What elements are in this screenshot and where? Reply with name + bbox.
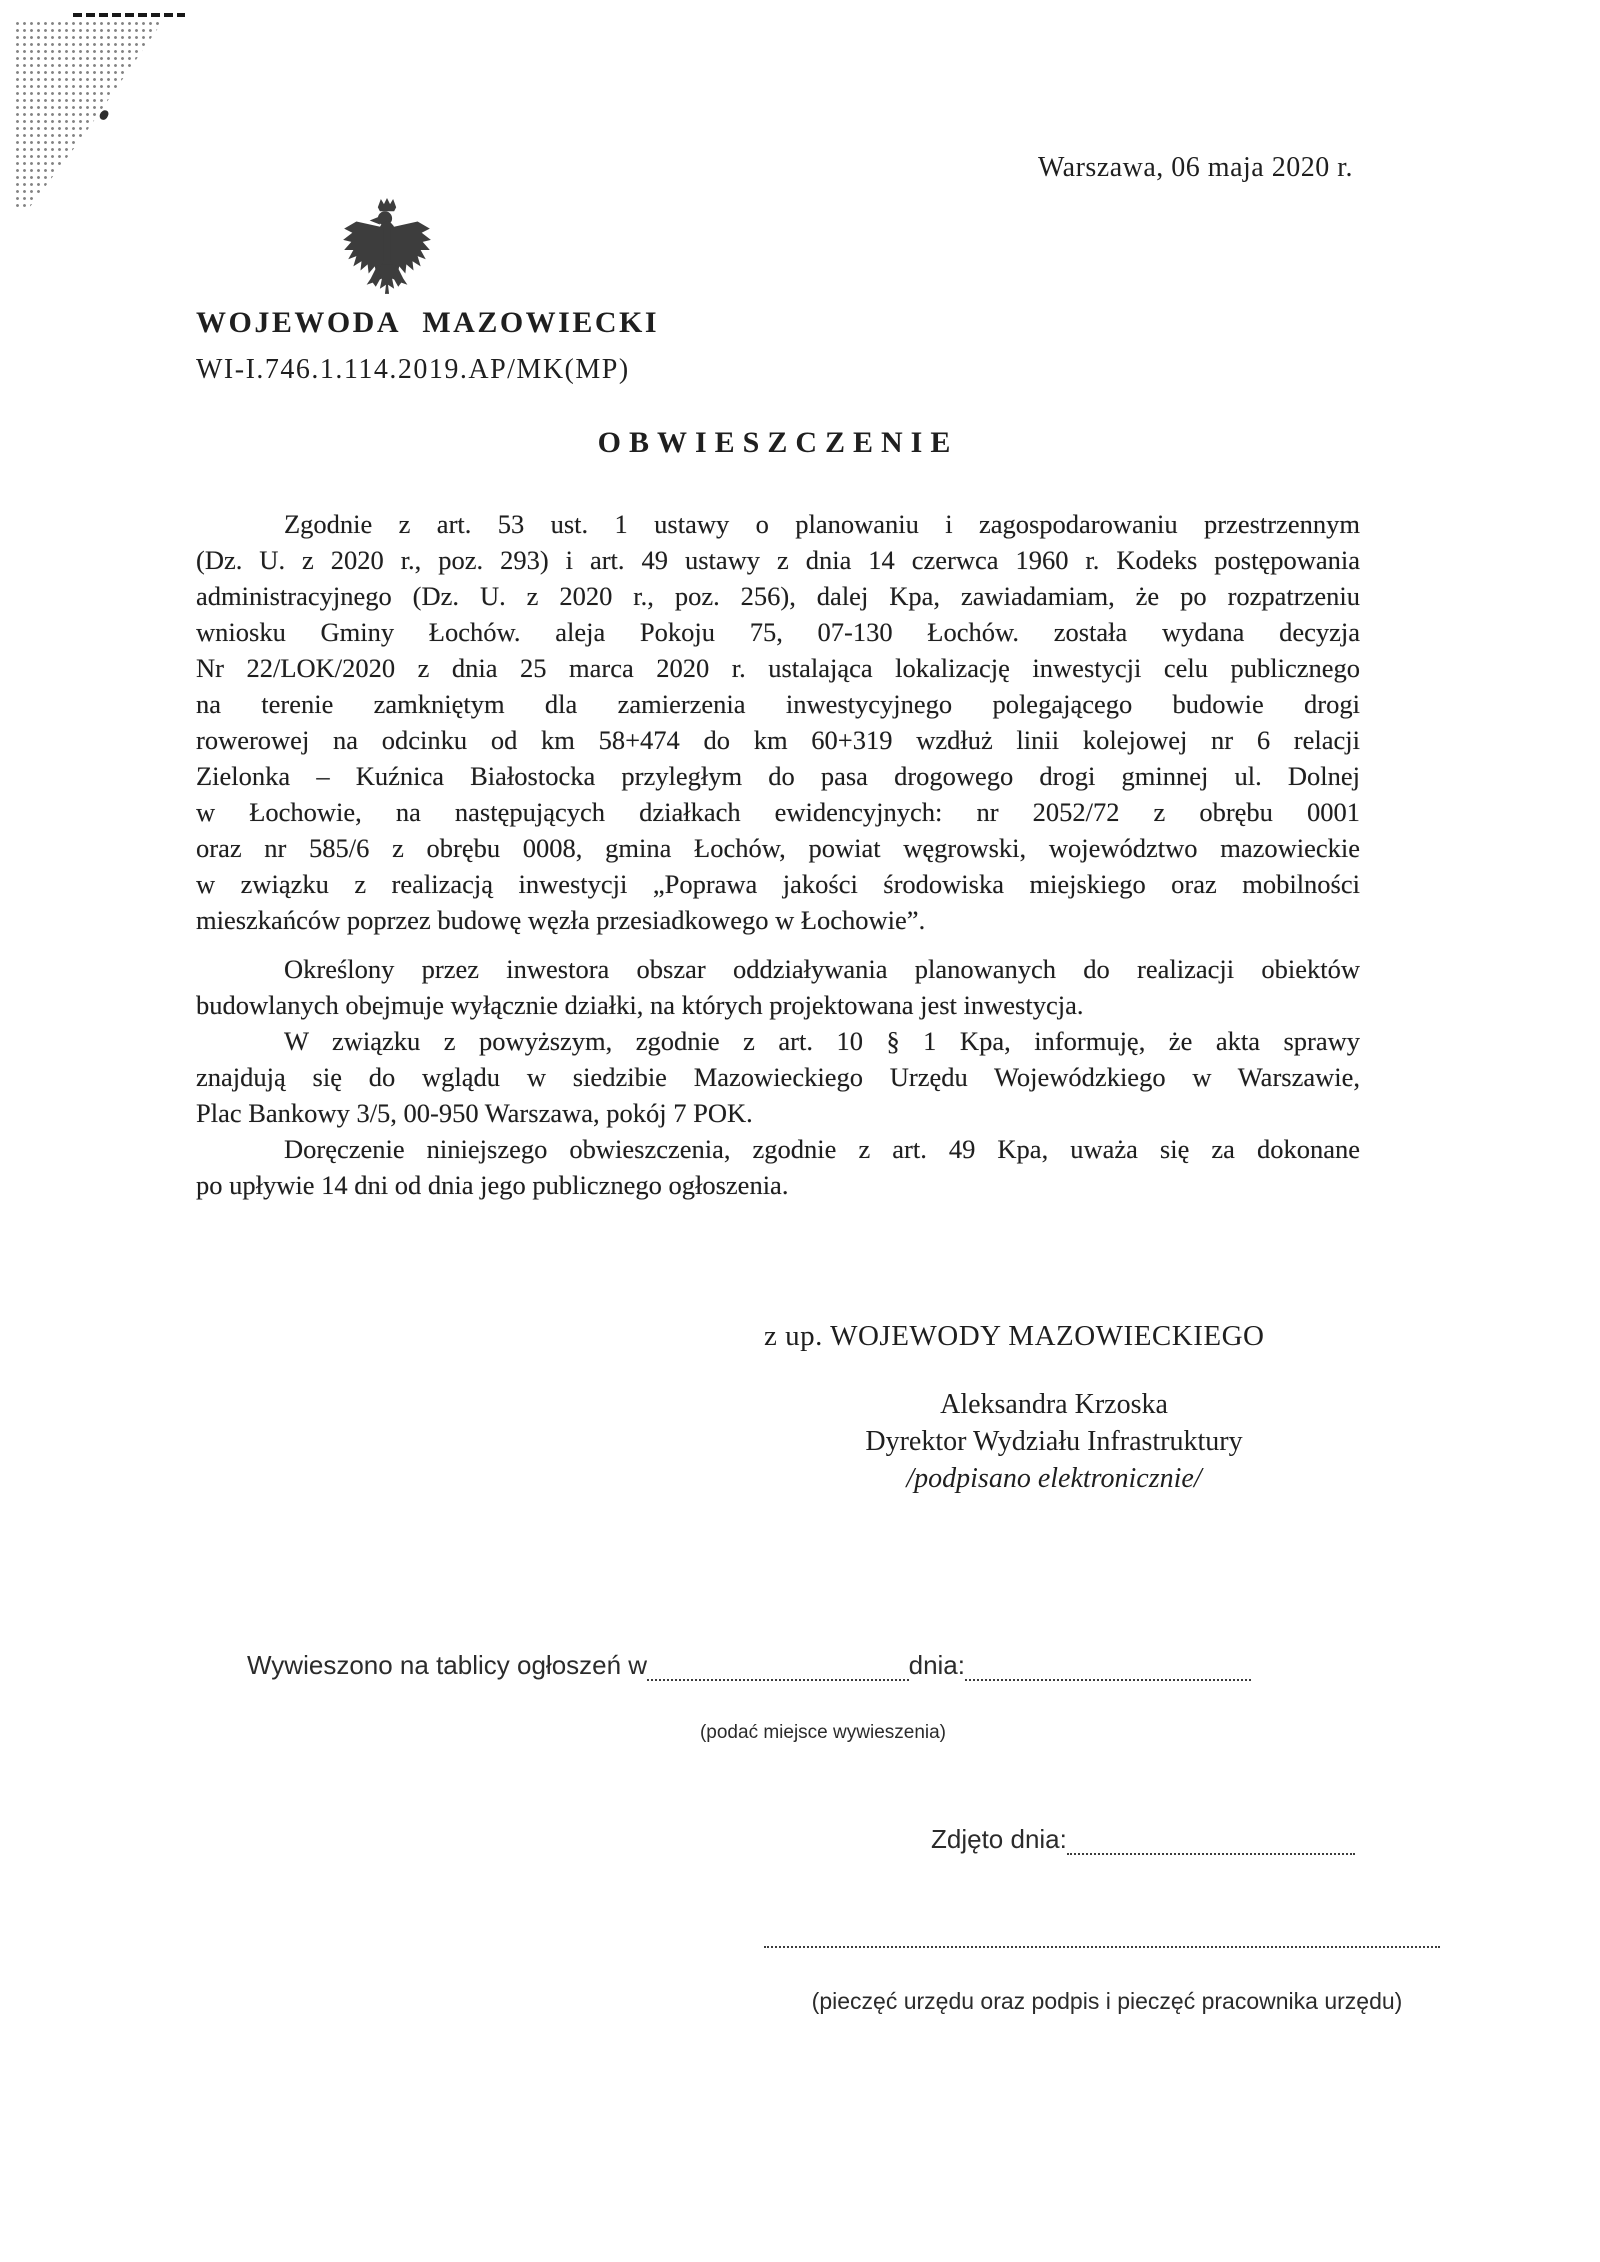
paragraph-file-access: W związku z powyższym, zgodnie z art. 10… <box>196 1023 1360 1131</box>
body-line: budowlanych obejmuje wyłącznie działki, … <box>196 987 1360 1023</box>
paragraph-impact-area: Określony przez inwestora obszar oddział… <box>196 951 1360 1023</box>
scan-corner-dash-line <box>73 13 185 17</box>
body-line: oraz nr 585/6 z obrębu 0008, gmina Łochó… <box>196 830 1360 866</box>
body-line: Zielonka – Kuźnica Białostocka przyległy… <box>196 758 1360 794</box>
removed-date-fill-line <box>1067 1829 1355 1855</box>
paragraph-delivery-deemed: Doręczenie niniejszego obwieszczenia, zg… <box>196 1131 1360 1203</box>
document-body: Zgodnie z art. 53 ust. 1 ustawy o planow… <box>196 506 1360 1203</box>
body-line: w związku z realizacją inwestycji „Popra… <box>196 866 1360 902</box>
signatory-name: Aleksandra Krzoska <box>694 1386 1414 1423</box>
removed-on-row: Zdjęto dnia: <box>931 1824 1355 1855</box>
body-line: po upływie 14 dni od dnia jego publiczne… <box>196 1167 1360 1203</box>
posted-label: Wywieszono na tablicy ogłoszeń w <box>247 1650 647 1681</box>
body-line: Doręczenie niniejszego obwieszczenia, zg… <box>196 1131 1360 1167</box>
signature-block: Aleksandra Krzoska Dyrektor Wydziału Inf… <box>694 1386 1414 1497</box>
paragraph-legal-basis: Zgodnie z art. 53 ust. 1 ustawy o planow… <box>196 506 1360 938</box>
posted-on-board-row: Wywieszono na tablicy ogłoszeń w dnia: <box>247 1650 1251 1681</box>
body-line: wniosku Gminy Łochów. aleja Pokoju 75, 0… <box>196 614 1360 650</box>
date-line: Warszawa, 06 maja 2020 r. <box>1038 152 1353 184</box>
body-line: Określony przez inwestora obszar oddział… <box>196 951 1360 987</box>
body-line: w Łochowie, na następujących działkach e… <box>196 794 1360 830</box>
body-line: Nr 22/LOK/2020 z dnia 25 marca 2020 r. u… <box>196 650 1360 686</box>
body-line: (Dz. U. z 2020 r., poz. 293) i art. 49 u… <box>196 542 1360 578</box>
removed-label: Zdjęto dnia: <box>931 1824 1067 1855</box>
body-line: rowerowej na odcinku od km 58+474 do km … <box>196 722 1360 758</box>
body-line: na terenie zamkniętym dla zamierzenia in… <box>196 686 1360 722</box>
electronic-signature-note: /podpisano elektronicznie/ <box>694 1460 1414 1497</box>
scanned-document-page: Warszawa, 06 maja 2020 r. WOJEWODA MAZOW… <box>0 0 1600 2262</box>
body-line: administracyjnego (Dz. U. z 2020 r., poz… <box>196 578 1360 614</box>
stamp-signature-fill-line <box>764 1922 1440 1948</box>
body-line: znajdują się do wglądu w siedzibie Mazow… <box>196 1059 1360 1095</box>
body-line: mieszkańców poprzez budowę węzła przesia… <box>196 902 1360 938</box>
stamp-hint: (pieczęć urzędu oraz podpis i pieczęć pr… <box>769 1988 1445 2015</box>
sender-name: WOJEWODA MAZOWIECKI <box>196 306 659 340</box>
posted-date-label: dnia: <box>909 1650 965 1681</box>
posted-place-hint: (podać miejsce wywieszenia) <box>618 1722 1028 1744</box>
polish-eagle-emblem-icon <box>336 196 438 300</box>
posted-place-fill-line <box>647 1655 909 1681</box>
signature-on-behalf: z up. WOJEWODY MAZOWIECKIEGO <box>764 1320 1264 1353</box>
body-line: Zgodnie z art. 53 ust. 1 ustawy o planow… <box>196 506 1360 542</box>
signatory-position: Dyrektor Wydziału Infrastruktury <box>694 1423 1414 1460</box>
body-line: W związku z powyższym, zgodnie z art. 10… <box>196 1023 1360 1059</box>
document-title: OBWIESZCZENIE <box>196 426 1360 460</box>
posted-date-fill-line <box>965 1655 1251 1681</box>
case-reference-number: WI-I.746.1.114.2019.AP/MK(MP) <box>196 354 630 386</box>
body-line: Plac Bankowy 3/5, 00-950 Warszawa, pokój… <box>196 1095 1360 1131</box>
